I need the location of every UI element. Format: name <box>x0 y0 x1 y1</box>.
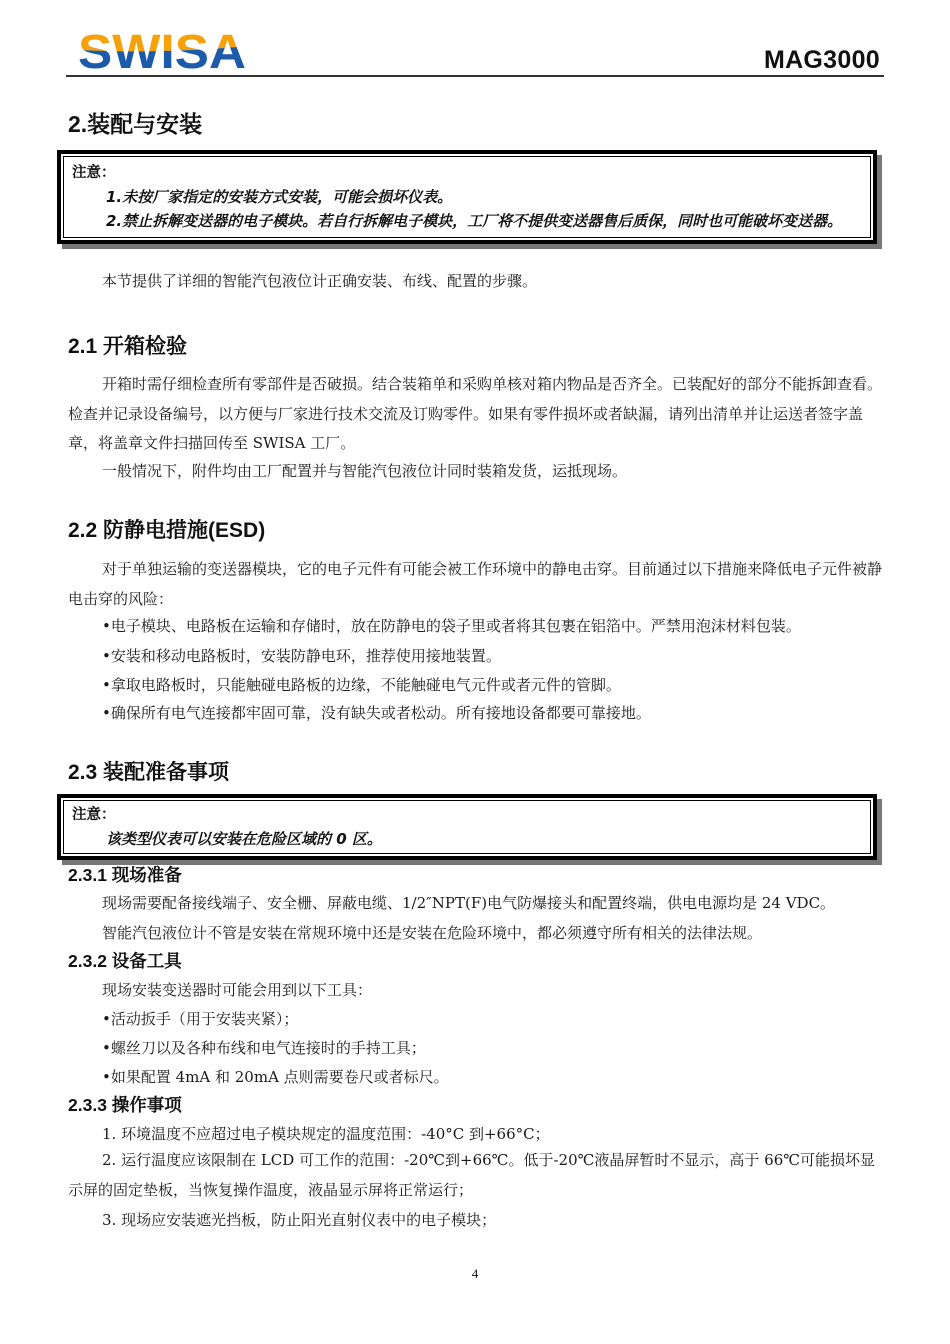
swisa-logo-icon: SWISA SWISA <box>78 26 248 70</box>
paragraph: 一般情况下，附件均由工厂配置并与智能汽包液位计同时装箱发货，运抵现场。 <box>102 460 627 481</box>
numbered-item: 1. 环境温度不应超过电子模块规定的温度范围：-40°C 到+66°C； <box>102 1123 550 1144</box>
subsection-title-2-3-1: 2.3.1 现场准备 <box>68 862 182 887</box>
notice-item: 该类型仪表可以安装在危险区域的 0 区。 <box>72 827 862 851</box>
paragraph-text: 开箱时需仔细检查所有零部件是否破损。结合装箱单和采购单核对箱内物品是否齐全。已装… <box>68 375 882 452</box>
paragraph-line: 智能汽包液位计不管是安装在常规环境中还是安装在危险环境中，都必须遵守所有相关的法… <box>102 922 762 943</box>
notice-item: 1.未按厂家指定的安装方式安装，可能会损坏仪表。 <box>72 185 862 209</box>
swisa-logo: SWISA SWISA <box>78 26 248 70</box>
paragraph: 开箱时需仔细检查所有零部件是否破损。结合装箱单和采购单核对箱内物品是否齐全。已装… <box>68 370 884 459</box>
paragraph-line: 现场需要配备接线端子、安全栅、屏蔽电缆、1/2″NPT(F)电气防爆接头和配置终… <box>102 892 835 913</box>
subsection-title-2-3-2: 2.3.2 设备工具 <box>68 948 182 973</box>
numbered-item: 2. 运行温度应该限制在 LCD 可工作的范围：-20℃到+66℃。低于-20℃… <box>68 1146 884 1205</box>
notice-item: 2.禁止拆解变送器的电子模块。若自行拆解电子模块，工厂将不提供变送器售后质保，同… <box>72 209 862 233</box>
section-title-2-1: 2.1 开箱检验 <box>68 330 187 360</box>
section-title-2-2: 2.2 防静电措施(ESD) <box>68 514 265 544</box>
header-divider <box>66 75 884 77</box>
section-title-2-3: 2.3 装配准备事项 <box>68 756 229 786</box>
numbered-item: 3. 现场应安装遮光挡板，防止阳光直射仪表中的电子模块； <box>102 1209 496 1230</box>
bullet-item: •如果配置 4mA 和 20mA 点则需要卷尺或者标尺。 <box>102 1066 449 1087</box>
bullet-item: •螺丝刀以及各种布线和电气连接时的手持工具； <box>102 1037 426 1058</box>
intro-paragraph: 本节提供了详细的智能汽包液位计正确安装、布线、配置的步骤。 <box>102 270 537 291</box>
model-name: MAG3000 <box>764 46 880 75</box>
page-number: 4 <box>0 1266 950 1282</box>
notice-title: 注意： <box>72 161 862 185</box>
bullet-item: •确保所有电气连接都牢固可靠，没有缺失或者松动。所有接地设备都要可靠接地。 <box>102 702 651 723</box>
bullet-item: •拿取电路板时，只能触碰电路板的边缘，不能触碰电气元件或者元件的管脚。 <box>102 674 621 695</box>
bullet-item: •电子模块、电路板在运输和存储时，放在防静电的袋子里或者将其包裹在铝箔中。严禁用… <box>102 615 801 636</box>
notice-box: 注意： 该类型仪表可以安装在危险区域的 0 区。 <box>57 794 877 860</box>
notice-box: 注意： 1.未按厂家指定的安装方式安装，可能会损坏仪表。 2.禁止拆解变送器的电… <box>57 150 877 244</box>
paragraph: 对于单独运输的变送器模块，它的电子元件有可能会被工作环境中的静电击穿。目前通过以… <box>68 555 884 614</box>
chapter-title: 2.装配与安装 <box>68 106 202 139</box>
document-page: SWISA SWISA MAG3000 2.装配与安装 注意： 1.未按厂家指定… <box>0 0 950 1344</box>
bullet-item: •活动扳手（用于安装夹紧）； <box>102 1008 298 1029</box>
subsection-title-2-3-3: 2.3.3 操作事项 <box>68 1092 182 1117</box>
paragraph-line: 现场安装变送器时可能会用到以下工具： <box>102 979 372 1000</box>
paragraph-text: 对于单独运输的变送器模块，它的电子元件有可能会被工作环境中的静电击穿。目前通过以… <box>68 560 882 608</box>
notice-title: 注意： <box>72 803 862 827</box>
page-header: SWISA SWISA MAG3000 <box>66 22 884 76</box>
numbered-item-text: 2. 运行温度应该限制在 LCD 可工作的范围：-20℃到+66℃。低于-20℃… <box>68 1151 875 1199</box>
bullet-item: •安装和移动电路板时，安装防静电环，推荐使用接地装置。 <box>102 645 501 666</box>
